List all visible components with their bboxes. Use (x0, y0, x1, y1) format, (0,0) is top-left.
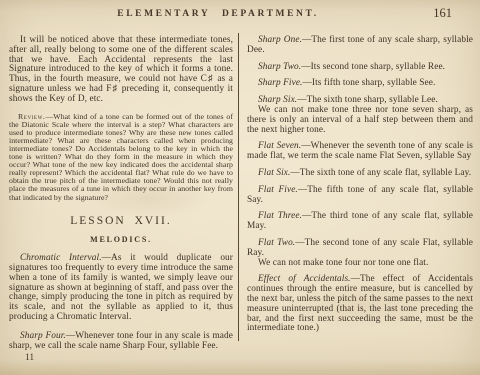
entry-lead: Effect of Accidentals. (258, 274, 351, 284)
entry-sharp-one: Sharp One.—The first tone of any scale s… (247, 36, 473, 56)
entry-flat-seven: Flat Seven.—Whenever the seventh tone of… (247, 142, 473, 162)
entry-note: We can not make tone four nor tone one f… (247, 259, 473, 269)
entry-note: We can not make tone three nor tone seve… (247, 106, 473, 135)
left-column: It will be noticed above that these inte… (9, 36, 233, 351)
book-page: ELEMENTARY DEPARTMENT. 161 It will be no… (0, 0, 480, 375)
entry-sharp-two: Sharp Two.—Its second tone sharp, syllab… (247, 63, 473, 73)
entry-lead: Sharp Two. (258, 62, 301, 72)
column-divider-rule (238, 33, 239, 341)
sharp-four-lead: Sharp Four. (20, 331, 66, 341)
entry-lead: Flat Seven. (258, 141, 301, 151)
entry-body: —Its second tone sharp, syllable Ree. (301, 62, 445, 72)
entry-lead: Flat Three. (258, 211, 302, 221)
entry-body: —The sixth tone sharp, syllable Lee. (297, 95, 438, 105)
entry-flat-six: Flat Six.—The sixth tone of any scale fl… (247, 169, 473, 179)
entry-flat-two: Flat Two.—The second tone of any scale F… (247, 239, 473, 268)
entry-lead: Flat Five. (258, 185, 298, 195)
printer-signature-mark: 11 (25, 353, 34, 363)
entry-body: —Its fifth tone sharp, syllable See. (302, 78, 435, 88)
chromatic-interval-paragraph: Chromatic Interval.—As it would duplicat… (9, 254, 233, 323)
page-number: 161 (433, 6, 452, 21)
entry-lead: Sharp Five. (258, 78, 302, 88)
entry-body: —The effect of Accidentals continues thr… (247, 274, 473, 333)
page-title: ELEMENTARY DEPARTMENT. (0, 9, 436, 19)
entry-flat-three: Flat Three.—The third tone of any scale … (247, 212, 473, 232)
sharp-four-paragraph: Sharp Four.—Whenever tone four in any sc… (9, 332, 233, 352)
entry-lead: Flat Six. (258, 168, 290, 178)
entry-lead: Sharp One. (258, 35, 302, 45)
entry-lead: Sharp Six. (258, 95, 297, 105)
entry-sharp-six: Sharp Six.—The sixth tone sharp, syllabl… (247, 96, 473, 135)
entry-flat-five: Flat Five.—The fifth tone of any scale f… (247, 186, 473, 206)
chromatic-interval-lead: Chromatic Interval. (20, 253, 102, 263)
review-paragraph: Review.—What kind of a tone can be forme… (9, 113, 233, 202)
entry-body: —The sixth tone of any scale flat, sylla… (290, 168, 471, 178)
intro-paragraph: It will be noticed above that these inte… (9, 36, 233, 105)
lesson-heading: LESSON XVII. (9, 217, 233, 227)
entry-lead: Flat Two. (258, 238, 295, 248)
review-body: —What kind of a tone can be formed out o… (9, 112, 233, 202)
entry-effect-of-accidentals: Effect of Accidentals.—The effect of Acc… (247, 275, 473, 334)
melodics-heading: MELODICS. (9, 235, 233, 245)
chromatic-interval-body: —As it would duplicate our signatures to… (9, 253, 233, 322)
entry-sharp-five: Sharp Five.—Its fifth tone sharp, syllab… (247, 79, 473, 89)
right-column: Sharp One.—The first tone of any scale s… (247, 36, 473, 341)
